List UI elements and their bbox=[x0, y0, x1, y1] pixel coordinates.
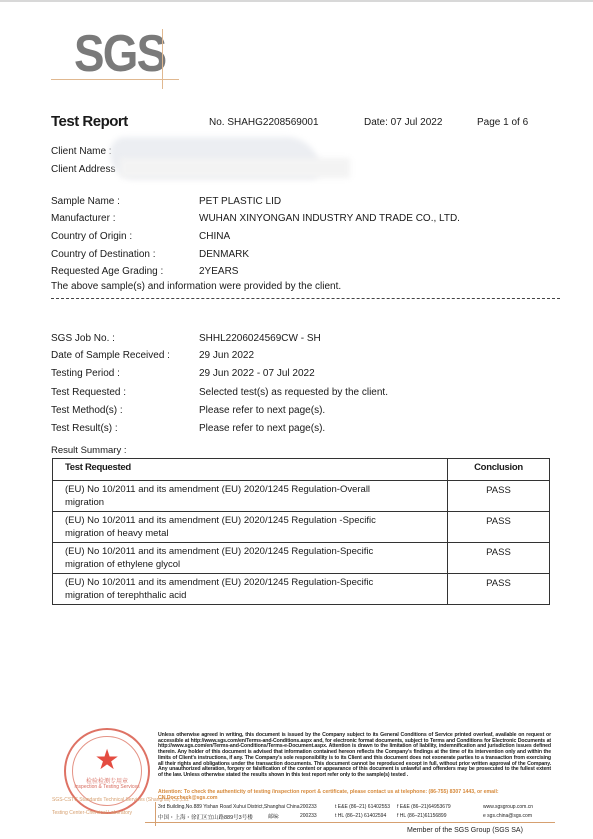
client-name-label: Client Name : bbox=[51, 146, 112, 157]
result-summary-table: Test Requested Conclusion (EU) No 10/201… bbox=[52, 458, 550, 605]
section-divider bbox=[51, 298, 560, 299]
page-indicator: Page 1 of 6 bbox=[477, 117, 528, 128]
testing-period-label: Testing Period : bbox=[51, 368, 120, 379]
test-methods-label: Test Method(s) : bbox=[51, 405, 123, 416]
authenticity-notice: Attention: To check the authenticity of … bbox=[158, 790, 551, 801]
country-origin-value: CHINA bbox=[199, 231, 230, 242]
table-row: (EU) No 10/2011 and its amendment (EU) 2… bbox=[53, 574, 550, 605]
test-cell: (EU) No 10/2011 and its amendment (EU) 2… bbox=[53, 481, 448, 512]
postcode-cn-label: 邮编: bbox=[268, 813, 279, 820]
country-destination-value: DENMARK bbox=[199, 249, 249, 260]
redacted-client-info bbox=[120, 158, 350, 178]
test-results-value: Please refer to next page(s). bbox=[199, 423, 325, 434]
fax-hl: f HL (86–21)61156899 bbox=[397, 813, 446, 819]
conclusion-cell: PASS bbox=[448, 574, 550, 605]
age-grading-value: 2YEARS bbox=[199, 266, 238, 277]
website-link[interactable]: www.sgsgroup.com.cn bbox=[483, 804, 533, 810]
test-name-line2: migration of ethylene glycol bbox=[65, 559, 180, 570]
sgs-logo: SGS bbox=[74, 28, 165, 80]
country-origin-label: Country of Origin : bbox=[51, 231, 132, 242]
manufacturer-label: Manufacturer : bbox=[51, 213, 115, 224]
conclusion-cell: PASS bbox=[448, 481, 550, 512]
address-cn: 中国・上海・徐汇区宜山路889号3号楼 bbox=[158, 813, 253, 821]
test-cell: (EU) No 10/2011 and its amendment (EU) 2… bbox=[53, 512, 448, 543]
table-row: (EU) No 10/2011 and its amendment (EU) 2… bbox=[53, 512, 550, 543]
date-received-label: Date of Sample Received : bbox=[51, 350, 170, 361]
test-cell: (EU) No 10/2011 and its amendment (EU) 2… bbox=[53, 543, 448, 574]
testing-period-value: 29 Jun 2022 - 07 Jul 2022 bbox=[199, 368, 315, 379]
test-name-line1: (EU) No 10/2011 and its amendment (EU) 2… bbox=[65, 515, 376, 526]
test-name-line1: (EU) No 10/2011 and its amendment (EU) 2… bbox=[65, 484, 370, 495]
conclusion-cell: PASS bbox=[448, 512, 550, 543]
test-requested-label: Test Requested : bbox=[51, 387, 126, 398]
star-icon: ★ bbox=[66, 746, 148, 774]
report-number: No. SHAHG2208569001 bbox=[209, 117, 319, 128]
test-cell: (EU) No 10/2011 and its amendment (EU) 2… bbox=[53, 574, 448, 605]
age-grading-label: Requested Age Grading : bbox=[51, 266, 163, 277]
result-summary-label: Result Summary : bbox=[51, 445, 127, 456]
footer-rule-tick bbox=[155, 818, 156, 826]
job-no-value: SHHL2206024569CW - SH bbox=[199, 333, 321, 344]
test-name-line2: migration bbox=[65, 497, 104, 508]
logo-accent-line bbox=[162, 29, 163, 89]
conclusion-cell: PASS bbox=[448, 543, 550, 574]
test-name-line2: migration of terephthalic acid bbox=[65, 590, 186, 601]
phone-hl: t HL (86–21) 61402594 bbox=[335, 813, 386, 819]
test-requested-value: Selected test(s) as requested by the cli… bbox=[199, 387, 388, 398]
logo-accent-line bbox=[51, 79, 179, 80]
address-en: 3rd Building,No.889 Yishan Road Xuhui Di… bbox=[158, 804, 299, 810]
job-no-label: SGS Job No. : bbox=[51, 333, 115, 344]
test-results-label: Test Result(s) : bbox=[51, 423, 118, 434]
manufacturer-value: WUHAN XINYONGAN INDUSTRY AND TRADE CO., … bbox=[199, 213, 460, 224]
sample-note: The above sample(s) and information were… bbox=[51, 281, 341, 292]
phone-ee: t E&E (86–21) 61402553 bbox=[335, 804, 390, 810]
legal-disclaimer: Unless otherwise agreed in writing, this… bbox=[158, 733, 551, 779]
report-title: Test Report bbox=[51, 113, 128, 130]
postcode-en: 200233 bbox=[300, 804, 317, 810]
test-name-line2: migration of heavy metal bbox=[65, 528, 169, 539]
test-name-line1: (EU) No 10/2011 and its amendment (EU) 2… bbox=[65, 577, 373, 588]
test-name-line1: (EU) No 10/2011 and its amendment (EU) 2… bbox=[65, 546, 373, 557]
table-header-row: Test Requested Conclusion bbox=[53, 459, 550, 481]
footer-rule bbox=[145, 822, 555, 823]
email-link[interactable]: e sgs.china@sgs.com bbox=[483, 813, 532, 819]
viewer-top-border bbox=[0, 0, 593, 2]
report-date: Date: 07 Jul 2022 bbox=[364, 117, 442, 128]
fax-ee: f E&E (86–21)64953679 bbox=[397, 804, 451, 810]
date-received-value: 29 Jun 2022 bbox=[199, 350, 254, 361]
column-header-test: Test Requested bbox=[53, 459, 448, 481]
sample-name-value: PET PLASTIC LID bbox=[199, 196, 281, 207]
test-methods-value: Please refer to next page(s). bbox=[199, 405, 325, 416]
stamp-lab-line: Testing Center-Chemical Laboratory bbox=[52, 810, 132, 816]
sample-name-label: Sample Name : bbox=[51, 196, 120, 207]
stamp-text-en: Inspection & Testing Services bbox=[66, 784, 148, 790]
table-row: (EU) No 10/2011 and its amendment (EU) 2… bbox=[53, 543, 550, 574]
column-header-conclusion: Conclusion bbox=[448, 459, 550, 481]
table-row: (EU) No 10/2011 and its amendment (EU) 2… bbox=[53, 481, 550, 512]
country-destination-label: Country of Destination : bbox=[51, 249, 156, 260]
member-text: Member of the SGS Group (SGS SA) bbox=[407, 827, 523, 834]
client-address-label: Client Address bbox=[51, 164, 115, 175]
postcode-cn: 200233 bbox=[300, 813, 317, 819]
